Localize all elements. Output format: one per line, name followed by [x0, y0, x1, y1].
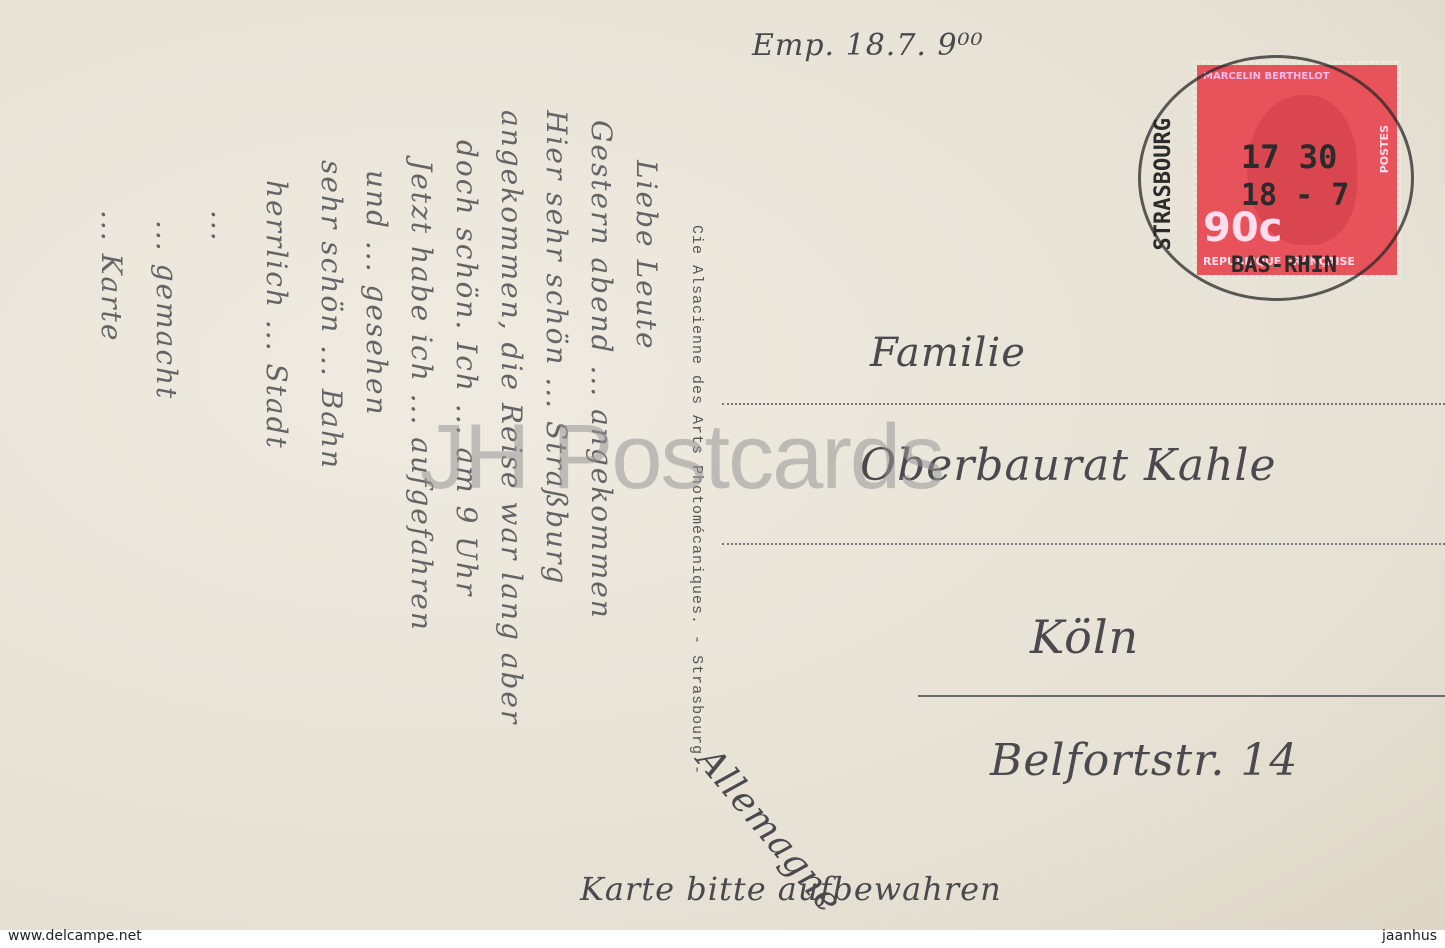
message-line: und ... gesehen: [360, 170, 393, 417]
postmark-time: 17 30: [1241, 138, 1337, 176]
credits-bar: www.delcampe.net jaanhus: [0, 930, 1445, 948]
message-line: Hier sehr schön ... Straßburg: [540, 110, 573, 585]
message-line: Gestern abend ... angekommen: [585, 120, 618, 620]
address-line-2: [722, 543, 1445, 545]
message-line: Liebe Leute: [630, 160, 663, 351]
postcard-back: Emp. 18.7. 9⁰⁰ Liebe Leute Gestern abend…: [0, 0, 1445, 930]
message-line: doch schön. Ich ... am 9 Uhr: [450, 140, 483, 597]
message-line: Jetzt habe ich ... aufgefahren: [405, 160, 438, 632]
address-city: Köln: [1030, 610, 1139, 664]
receipt-note: Emp. 18.7. 9⁰⁰: [752, 28, 984, 63]
message-line: sehr schön ... Bahn: [315, 160, 348, 470]
credit-left: www.delcampe.net: [8, 928, 142, 944]
address-line-3: [918, 695, 1445, 697]
message-line: herrlich ... Stadt: [260, 180, 293, 450]
postmark-city: STRASBOURG: [1151, 118, 1176, 250]
postmark: STRASBOURG BAS-RHIN 17 30 18 - 7: [1138, 55, 1414, 301]
message-line: ...: [205, 210, 238, 243]
message-line: ... Karte: [95, 210, 128, 342]
bottom-note: Karte bitte aufbewahren: [580, 870, 1002, 908]
address-family: Familie: [870, 330, 1026, 376]
watermark: JH Postcards: [420, 405, 943, 510]
message-line: ... gemacht: [150, 220, 183, 400]
address-street: Belfortstr. 14: [990, 735, 1298, 786]
postmark-region: BAS-RHIN: [1231, 253, 1337, 278]
credit-right: jaanhus: [1382, 928, 1437, 944]
postmark-date: 18 - 7: [1241, 178, 1349, 213]
